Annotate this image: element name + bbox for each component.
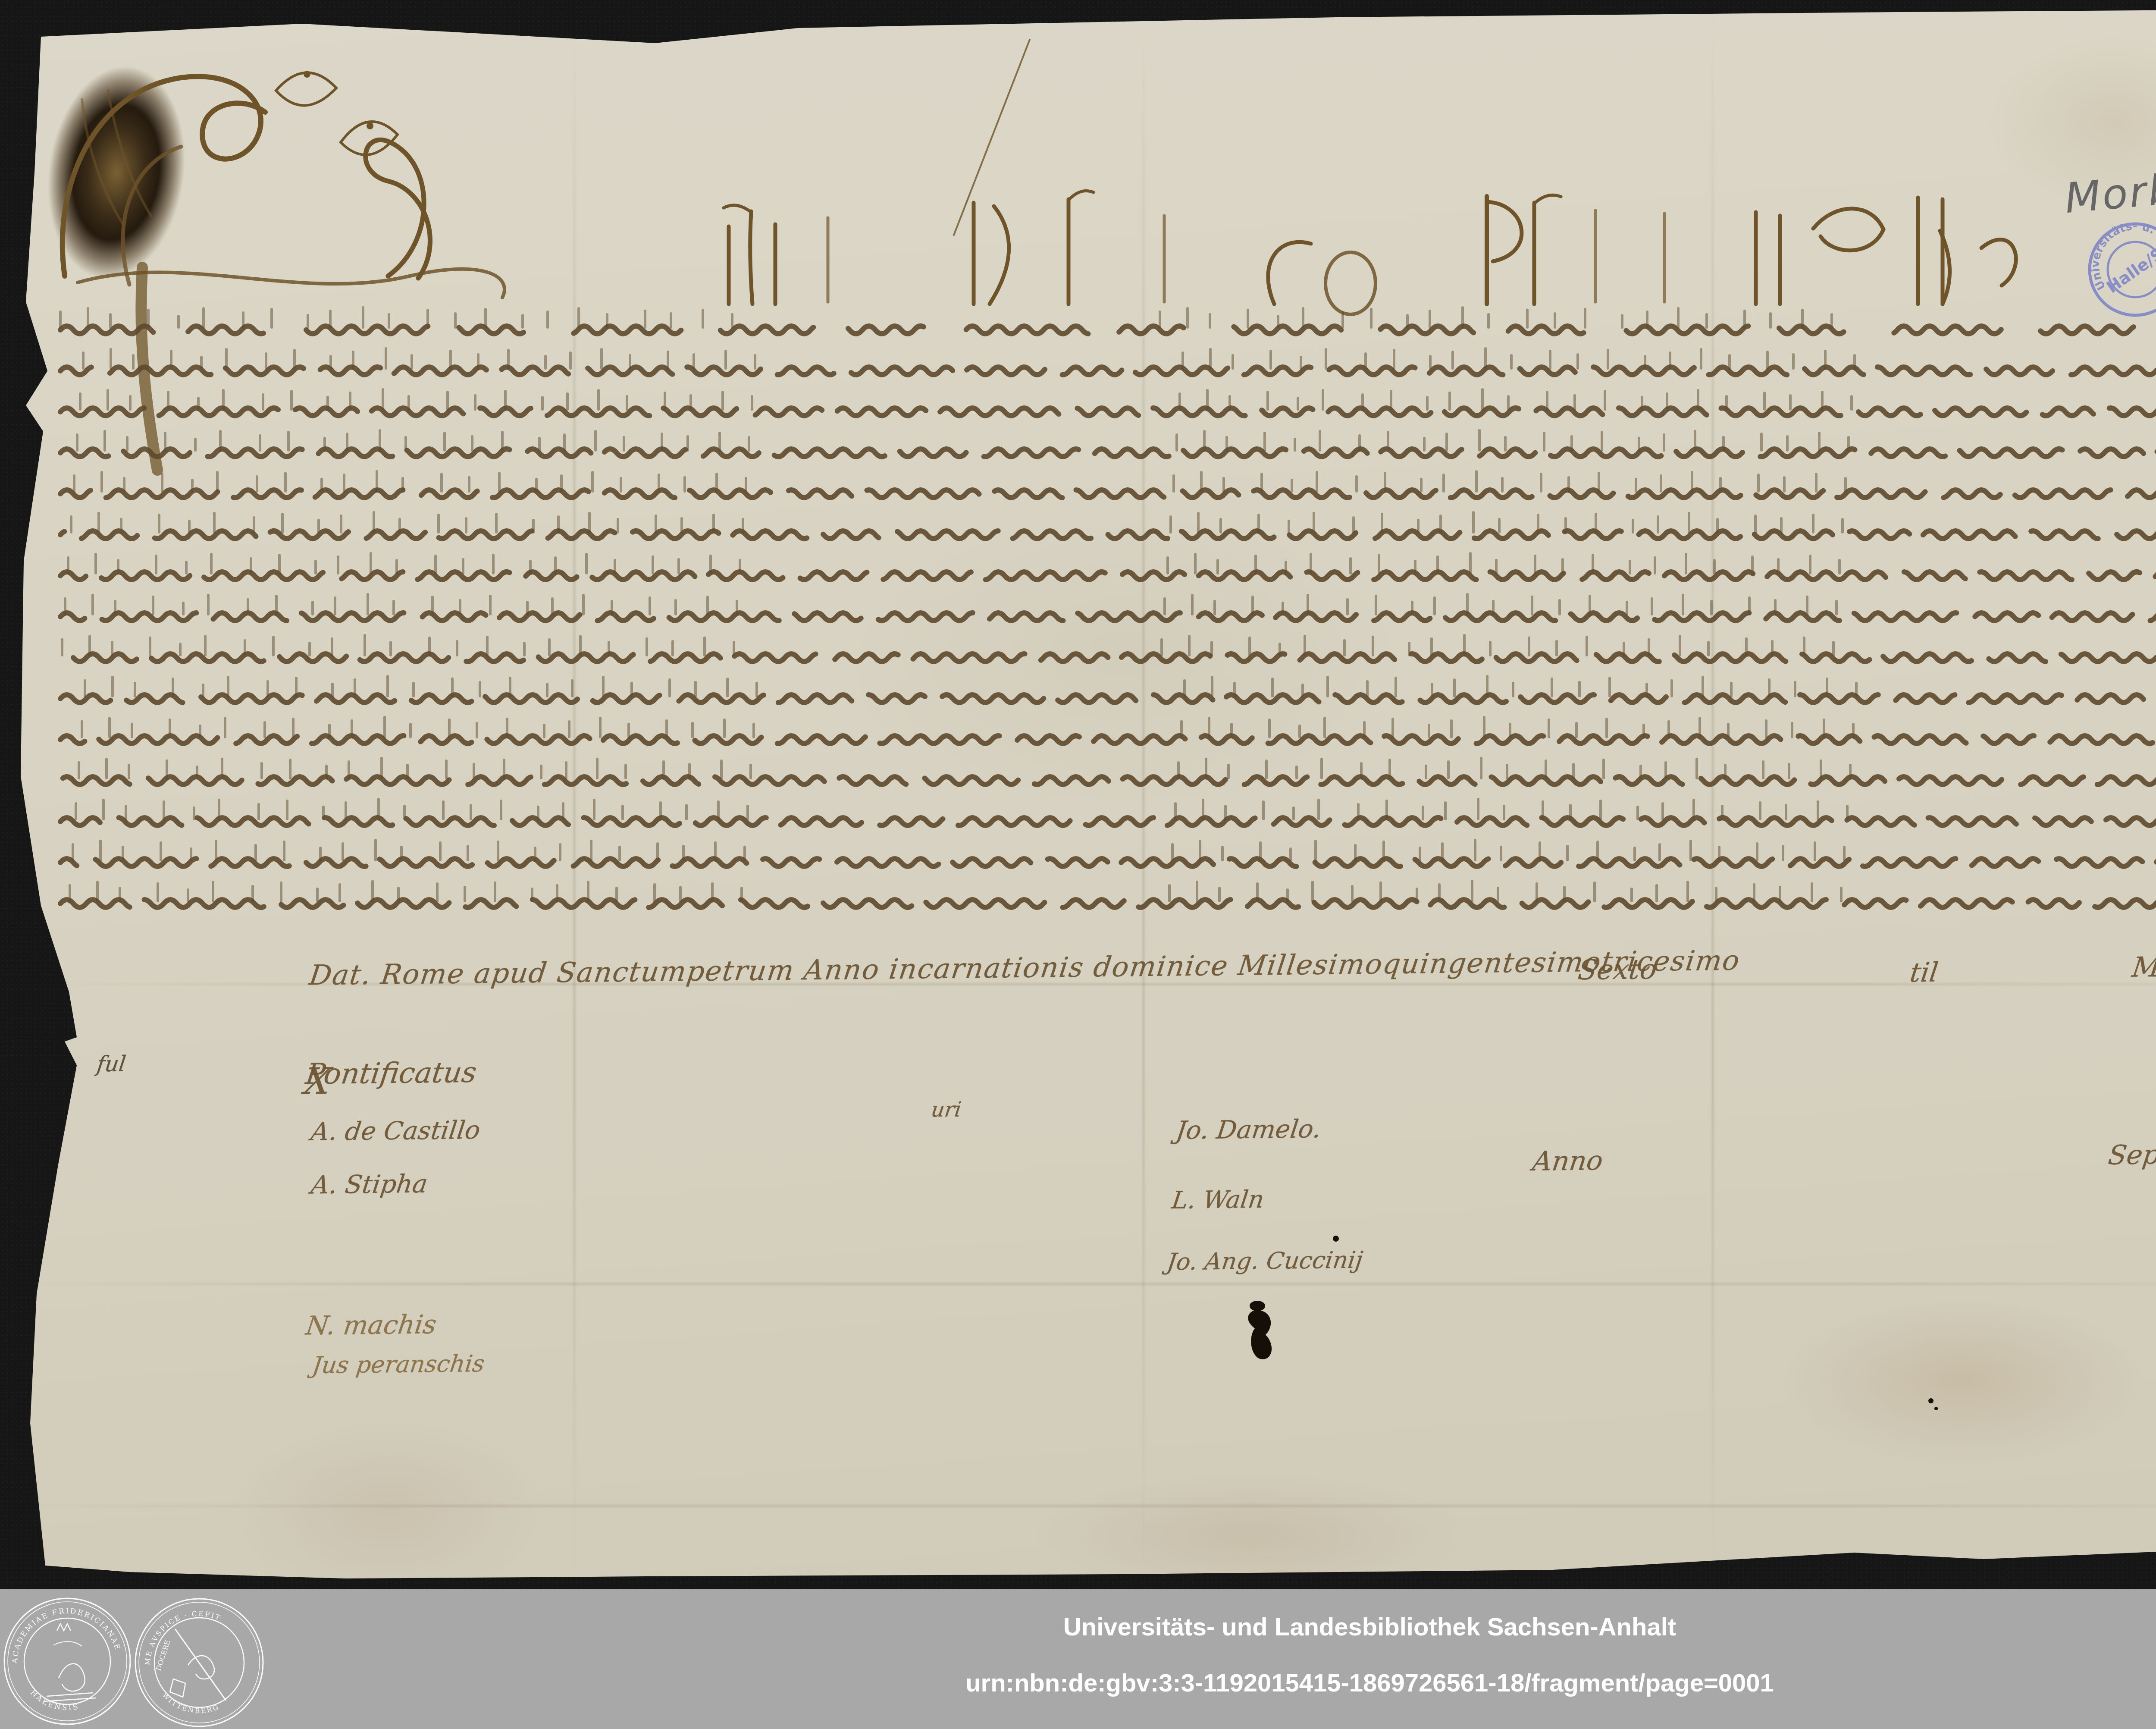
signature-waln: L. Waln bbox=[1170, 1186, 1266, 1214]
dateline-anno: Anno bbox=[1531, 1145, 1605, 1177]
stamp-center-text: Halle/S bbox=[2103, 244, 2156, 297]
ink-artwork: Universitäts- u. Landesbibliothek Halle/… bbox=[0, 0, 2156, 1729]
fold-crease-vertical bbox=[573, 9, 575, 1574]
library-stamp-icon: Universitäts- u. Landesbibliothek Halle/… bbox=[0, 0, 2156, 315]
dateline-til: til bbox=[1908, 957, 1940, 988]
svg-text:Universitäts- u. Landesbibliot: Universitäts- u. Landesbibliothek bbox=[0, 0, 2156, 292]
fold-crease-horizontal bbox=[26, 1283, 2156, 1285]
parchment-charter: Universitäts- u. Landesbibliothek Halle/… bbox=[0, 0, 2156, 1729]
manuscript-body-lines bbox=[60, 308, 2156, 907]
dateline-sexto: Sexto bbox=[1576, 954, 1659, 986]
seal-right-side-text: DOCERE bbox=[154, 1639, 172, 1672]
stamp-arc-text: Universitäts- u. Landesbibliothek bbox=[0, 0, 2156, 292]
library-title: Universitäts- und Landesbibliothek Sachs… bbox=[0, 1613, 2156, 1641]
signature-cuccinij: Jo. Ang. Cuccinij bbox=[1166, 1246, 1365, 1276]
chancery-mark: X bbox=[302, 1060, 334, 1103]
registrar-note-2: Jus peranschis bbox=[311, 1350, 486, 1379]
fold-crease-vertical bbox=[1712, 9, 1714, 1574]
dateline-uri: uri bbox=[930, 1098, 963, 1122]
ink-stain-initial bbox=[28, 47, 205, 298]
registrar-note-1: N. machis bbox=[304, 1309, 438, 1341]
dateline-septimo: Septimo. f bbox=[2106, 1138, 2156, 1170]
fold-crease-vertical bbox=[1143, 9, 1144, 1574]
pencil-shelfmark: Morbio 25 bbox=[2063, 155, 2156, 223]
signature-damelo: Jo. Damelo. bbox=[1174, 1114, 1323, 1145]
fold-crease-horizontal bbox=[26, 1505, 2156, 1507]
urn-text: urn:nbn:de:gbv:3:3-1192015415-1869726561… bbox=[0, 1669, 2156, 1698]
margin-note-ful: ful bbox=[95, 1051, 127, 1077]
footer-bar: ACADEMIAE FRIDERICIANAE HALENSIS ME AVSP… bbox=[0, 1589, 2156, 1729]
signature-stipha: A. Stipha bbox=[309, 1169, 429, 1200]
calligraphic-header bbox=[63, 40, 2016, 470]
signature-castillo: A. de Castillo bbox=[309, 1115, 482, 1146]
scan-stage: Universitäts- u. Landesbibliothek Halle/… bbox=[0, 0, 2156, 1729]
dateline-maij: Maij bbox=[2130, 951, 2156, 984]
library-seals: ACADEMIAE FRIDERICIANAE HALENSIS ME AVSP… bbox=[2, 1589, 278, 1729]
